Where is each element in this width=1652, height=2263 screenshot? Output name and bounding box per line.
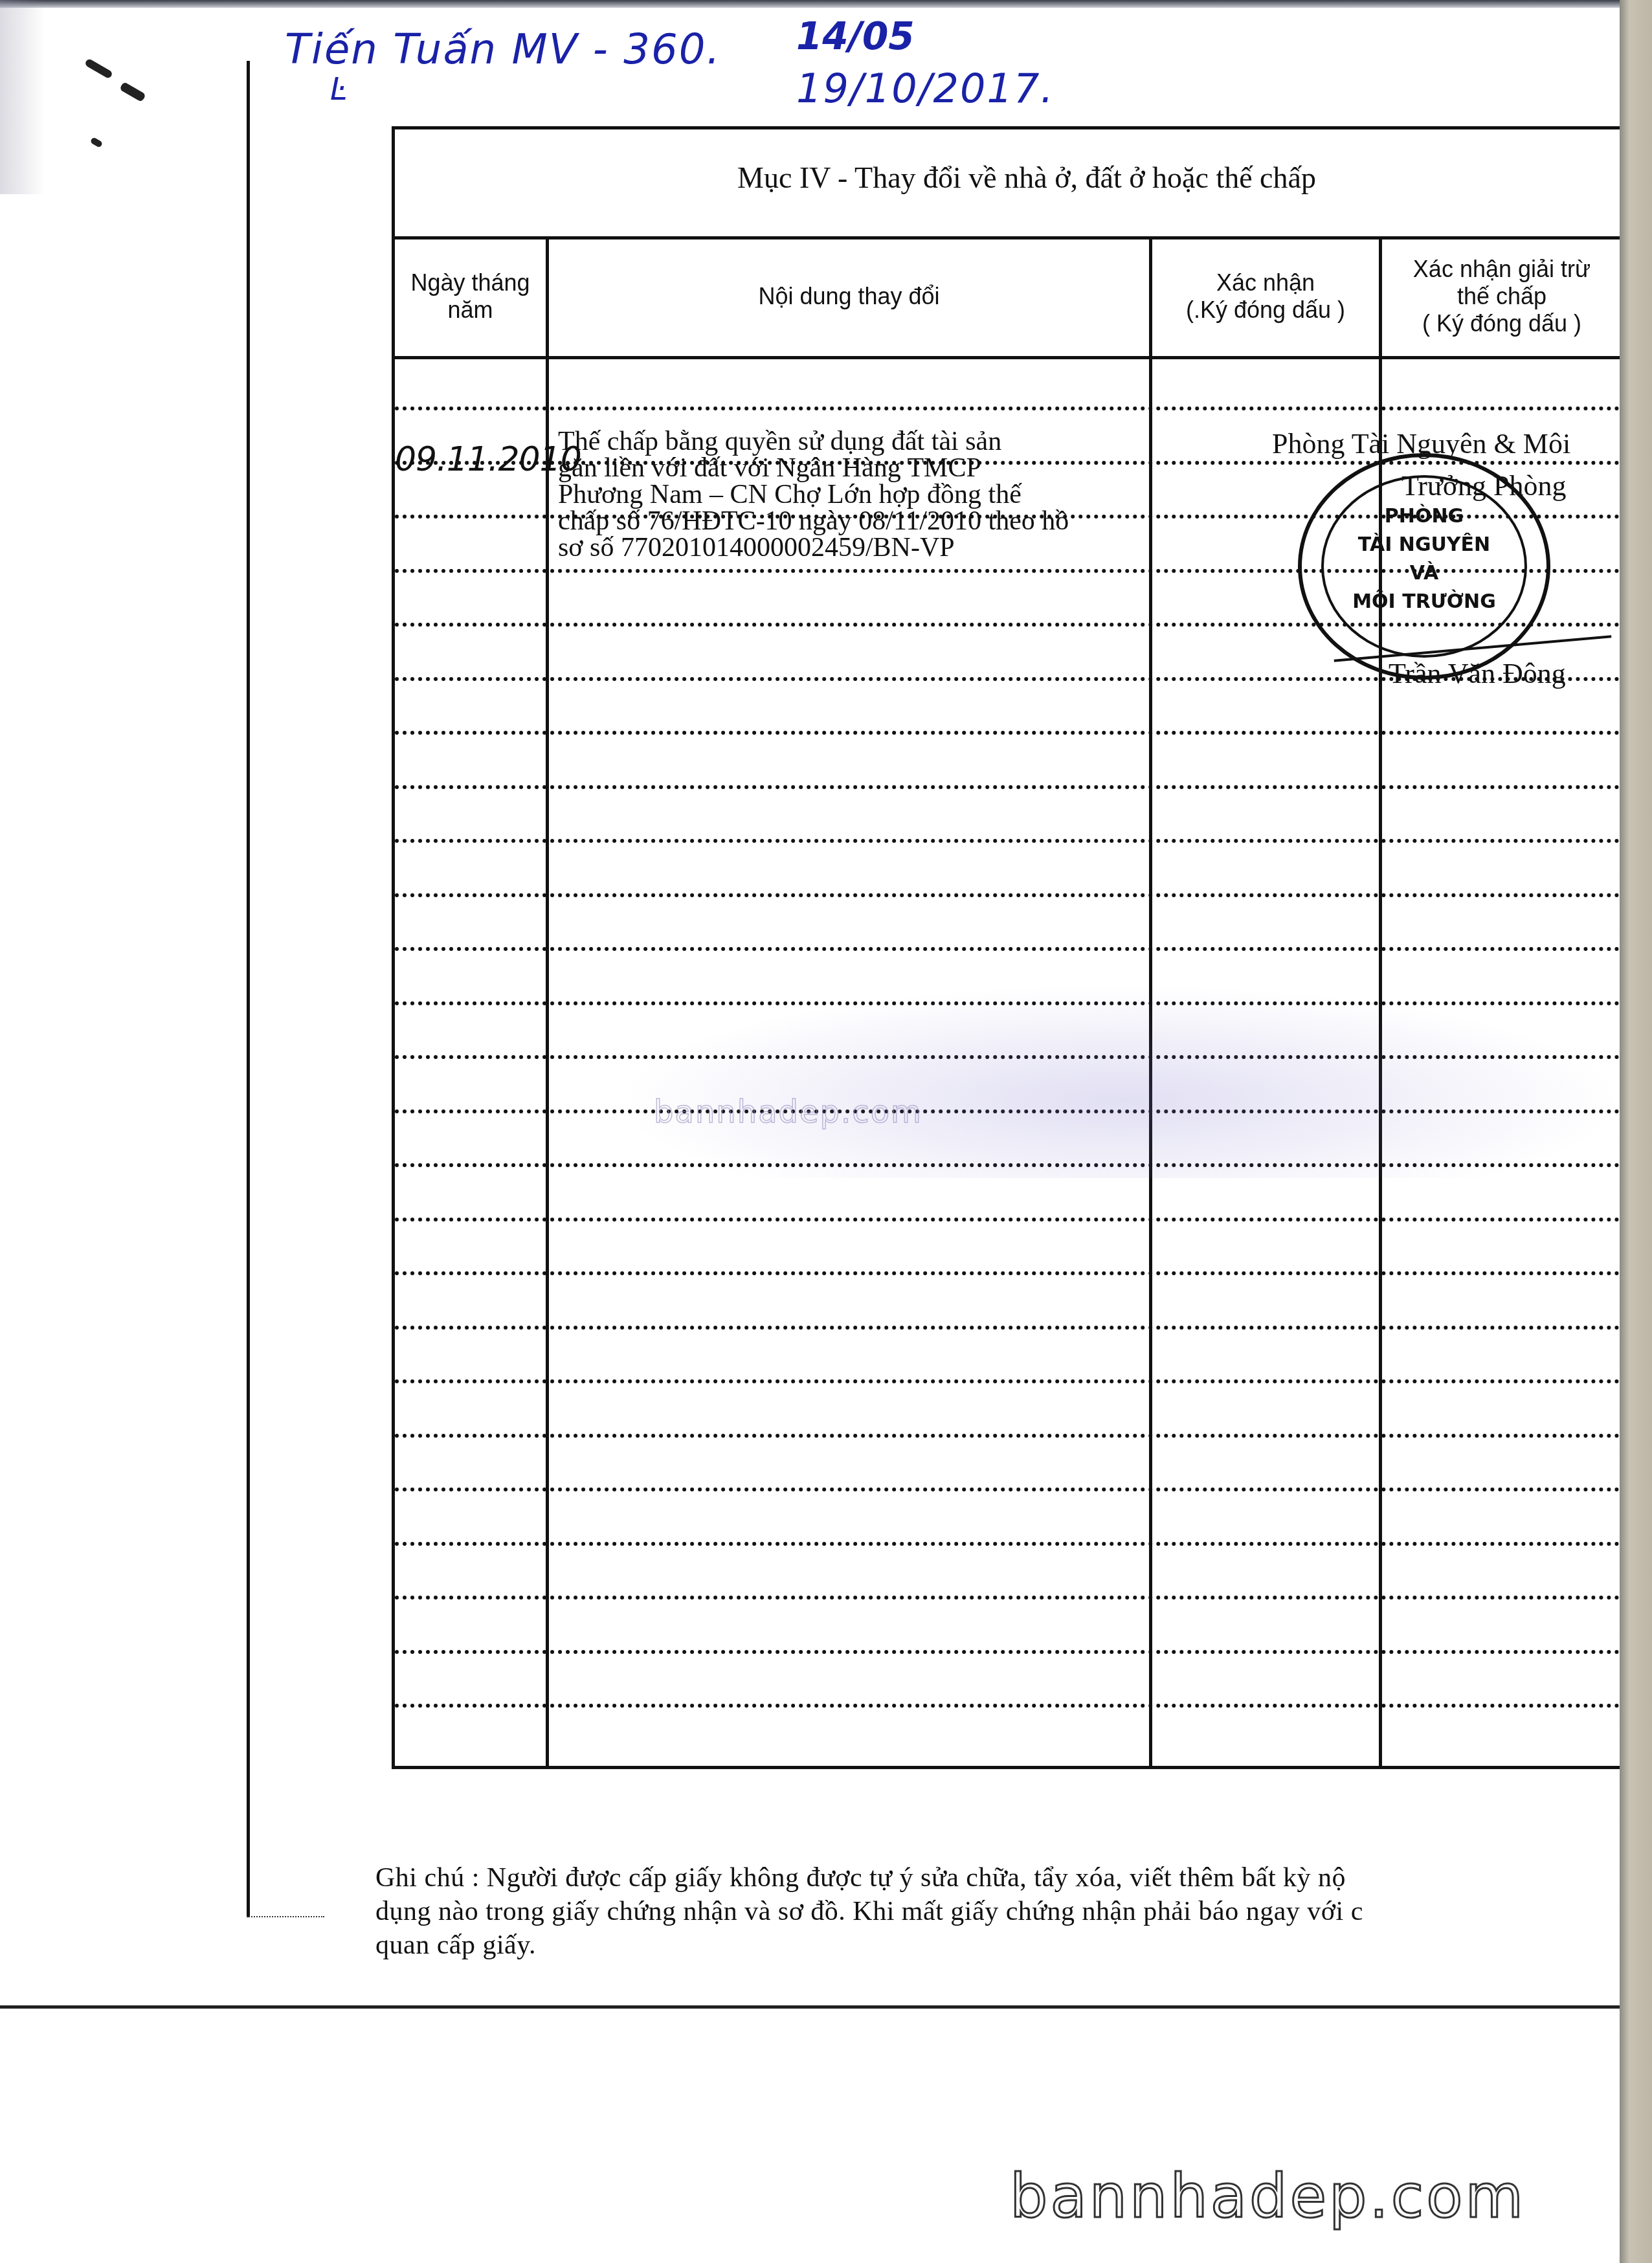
ruled-row-line	[395, 893, 1620, 897]
scan-left-shadow	[0, 0, 45, 194]
handwritten-name: Tiến Tuấn MV - 360.	[285, 26, 721, 74]
header-release: Xác nhận giải trừ thế chấp( Ký đóng dấu …	[1382, 236, 1622, 356]
table-title-row: Mục IV - Thay đổi về nhà ở, đất ở hoặc t…	[395, 129, 1620, 240]
ruled-row-line	[395, 947, 1620, 951]
stamp-text: PHÒNG TÀI NGUYÊN VÀ MÔI TRƯỜNG	[1302, 502, 1546, 616]
ink-smudge	[615, 984, 1625, 1178]
watermark-bottom: bannhadep.com	[1010, 2162, 1526, 2231]
ruled-row-line	[395, 731, 1620, 735]
ruled-row-line	[395, 1704, 1620, 1708]
ruled-row-line	[395, 785, 1620, 789]
handwritten-initials: Ŀ	[330, 71, 348, 107]
ruled-row-line	[395, 1379, 1620, 1383]
header-date: Ngày thángnăm	[395, 236, 546, 356]
ruled-row-line	[395, 1326, 1620, 1330]
confirmation-signer: Trần Văn Đông	[1389, 657, 1566, 690]
watermark-middle: bannhadep.com	[654, 1094, 922, 1130]
header-content: Nội dung thay đổi	[549, 236, 1149, 356]
ruled-row-line	[395, 1434, 1620, 1438]
footnote: Ghi chú : Người được cấp giấy không được…	[375, 1861, 1638, 1962]
handwritten-ref: 14/05	[796, 14, 915, 58]
entry-content: Thế chấp bằng quyền sử dụng đất tài sản …	[558, 429, 1160, 561]
ruled-row-line	[395, 1542, 1620, 1546]
handwritten-date: 19/10/2017.	[796, 65, 1055, 112]
scan-top-edge	[0, 0, 1652, 8]
ruled-row-line	[395, 1271, 1620, 1275]
entry-date: 09.11.2010	[395, 440, 581, 479]
ink-mark	[84, 58, 113, 80]
confirmation-title: Trưởng Phòng	[1401, 469, 1567, 502]
ruled-row-line	[395, 1218, 1620, 1221]
ink-mark	[119, 82, 146, 102]
ruled-row-line	[395, 1488, 1620, 1491]
ruled-row-line	[395, 1650, 1620, 1654]
bottom-rule	[0, 2005, 1620, 2009]
ruled-row-line	[395, 839, 1620, 843]
margin-line	[247, 61, 250, 1917]
ruled-row-line	[395, 407, 1620, 410]
header-confirmation: Xác nhận(.Ký đóng dấu )	[1152, 236, 1379, 356]
ruled-row-line	[395, 1596, 1620, 1600]
margin-foot	[247, 1916, 324, 1919]
table-title: Mục IV - Thay đổi về nhà ở, đất ở hoặc t…	[395, 161, 1620, 195]
changes-table: Mục IV - Thay đổi về nhà ở, đất ở hoặc t…	[392, 126, 1620, 1769]
confirmation-office: Phòng Tài Nguyên & Môi	[1272, 427, 1570, 460]
ink-mark	[90, 137, 104, 148]
